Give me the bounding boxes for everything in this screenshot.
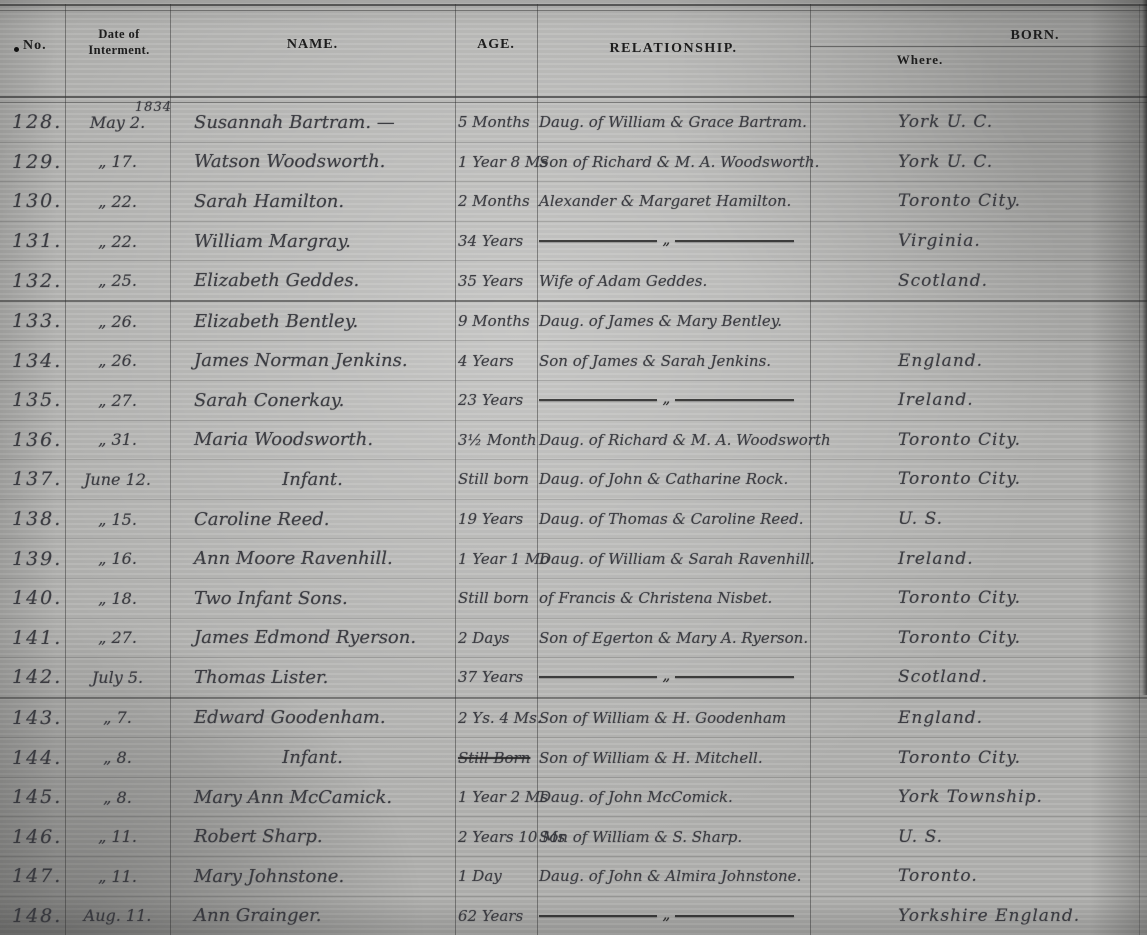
cell-interment-number: 131.: [0, 230, 65, 252]
column-subheader-where: Where.: [870, 52, 970, 68]
cell-relationship: Son of James & Sarah Jenkins.: [537, 352, 810, 370]
cell-interment-date: „ 27.: [65, 628, 170, 647]
cell-born-where: England.: [810, 351, 1147, 371]
cell-born-where: Toronto City.: [810, 588, 1147, 608]
cell-age: 62 Years: [455, 907, 537, 925]
table-row: 135. „ 27. Sarah Conerkay. 23 Years „ Ir…: [0, 381, 1147, 421]
table-row: 148. Aug. 11. Ann Grainger. 62 Years „ Y…: [0, 897, 1147, 935]
cell-name: Ann Grainger.: [170, 905, 455, 926]
cell-relationship: Daug. of John & Catharine Rock.: [537, 470, 810, 488]
cell-interment-date: „ 31.: [65, 430, 170, 449]
column-header-age: AGE.: [455, 37, 537, 53]
cell-interment-date: „ 26.: [65, 351, 170, 370]
ditto-mark: „: [657, 236, 675, 242]
cell-age: 1 Year 1 Mo: [455, 550, 537, 568]
table-row: 128. May 2.1834 Susannah Bartram. — 5 Mo…: [0, 103, 1147, 143]
cell-born-where: Toronto City.: [810, 191, 1147, 211]
cell-age: 1 Year 8 Ms: [455, 153, 537, 171]
cell-interment-date: „ 26.: [65, 312, 170, 331]
cell-age: 35 Years: [455, 272, 537, 290]
cell-born-where: Toronto City.: [810, 748, 1147, 768]
cell-name: Elizabeth Bentley.: [170, 311, 455, 332]
cell-relationship: „: [537, 399, 810, 401]
table-row: 133. „ 26. Elizabeth Bentley. 9 Months D…: [0, 302, 1147, 342]
cell-born-where: Ireland.: [810, 549, 1147, 569]
cell-interment-date: May 2.1834: [65, 113, 170, 132]
year-superscript: 1834: [135, 100, 172, 115]
table-row: 145. „ 8. Mary Ann McCamick. 1 Year 2 Ms…: [0, 778, 1147, 818]
cell-born-where: Toronto.: [810, 866, 1147, 886]
cell-born-where: U. S.: [810, 509, 1147, 529]
cell-born-where: England.: [810, 708, 1147, 728]
table-row: 130. „ 22. Sarah Hamilton. 2 Months Alex…: [0, 182, 1147, 222]
cell-name: Susannah Bartram. —: [170, 112, 455, 133]
cell-relationship: Daug. of James & Mary Bentley.: [537, 312, 810, 330]
cell-interment-number: 138.: [0, 508, 65, 530]
cell-relationship: Daug. of John & Almira Johnstone.: [537, 867, 810, 885]
column-header-no: No.: [14, 38, 47, 54]
ditto-dash-line: „: [539, 399, 794, 401]
cell-age: Still Born: [455, 749, 537, 767]
table-row: 138. „ 15. Caroline Reed. 19 Years Daug.…: [0, 500, 1147, 540]
cell-age: 23 Years: [455, 391, 537, 409]
table-row: 129. „ 17. Watson Woodsworth. 1 Year 8 M…: [0, 143, 1147, 183]
register-page: No. Date of Interment. NAME. AGE. RELATI…: [0, 0, 1147, 935]
cell-interment-number: 143.: [0, 707, 65, 729]
cell-born-where: Toronto City.: [810, 628, 1147, 648]
cell-age: 37 Years: [455, 668, 537, 686]
cell-age: 2 Months: [455, 192, 537, 210]
cell-interment-number: 140.: [0, 587, 65, 609]
cell-interment-date: „ 15.: [65, 510, 170, 529]
cell-relationship: Daug. of John McComick.: [537, 788, 810, 806]
cell-age: 2 Ys. 4 Ms.: [455, 709, 537, 727]
cell-age: 9 Months: [455, 312, 537, 330]
cell-interment-number: 141.: [0, 627, 65, 649]
cell-age: 3½ Month: [455, 431, 537, 449]
cell-interment-date: „ 7.: [65, 708, 170, 727]
ditto-mark: „: [657, 672, 675, 678]
cell-interment-date: „ 8.: [65, 788, 170, 807]
cell-interment-number: 134.: [0, 350, 65, 372]
ink-dot: [14, 47, 19, 52]
cell-relationship: Daug. of William & Grace Bartram.: [537, 113, 810, 131]
cell-relationship: Son of William & H. Goodenham: [537, 709, 810, 727]
table-row: 144. „ 8. Infant. Still Born Son of Will…: [0, 738, 1147, 778]
cell-born-where: U. S.: [810, 827, 1147, 847]
cell-interment-date: July 5.: [65, 668, 170, 687]
column-header-name: NAME.: [170, 37, 455, 53]
cell-interment-date: „ 17.: [65, 152, 170, 171]
cell-name: Ann Moore Ravenhill.: [170, 548, 455, 569]
cell-name: Sarah Hamilton.: [170, 191, 455, 212]
table-row: 134. „ 26. James Norman Jenkins. 4 Years…: [0, 341, 1147, 381]
cell-interment-date: Aug. 11.: [65, 906, 170, 925]
table-row: 136. „ 31. Maria Woodsworth. 3½ Month Da…: [0, 421, 1147, 461]
ditto-dash-line: „: [539, 240, 794, 242]
header-bottom-rule-heavy: [0, 96, 1147, 98]
cell-name: Robert Sharp.: [170, 826, 455, 847]
cell-interment-date: „ 25.: [65, 271, 170, 290]
table-row: 141. „ 27. James Edmond Ryerson. 2 Days …: [0, 619, 1147, 659]
cell-name: James Norman Jenkins.: [170, 350, 455, 371]
cell-interment-date: „ 8.: [65, 748, 170, 767]
cell-name: Watson Woodsworth.: [170, 151, 455, 172]
cell-interment-date: „ 11.: [65, 827, 170, 846]
cell-name: Maria Woodsworth.: [170, 429, 455, 450]
table-row: 140. „ 18. Two Infant Sons. Still born o…: [0, 579, 1147, 619]
cell-born-where: Toronto City.: [810, 469, 1147, 489]
cell-age: 1 Year 2 Ms: [455, 788, 537, 806]
cell-relationship: „: [537, 676, 810, 678]
cell-name: Elizabeth Geddes.: [170, 270, 455, 291]
cell-name: Infant.: [170, 747, 455, 768]
cell-interment-number: 135.: [0, 389, 65, 411]
cell-born-where: Yorkshire England.: [810, 906, 1147, 926]
cell-interment-date: „ 16.: [65, 549, 170, 568]
cell-interment-number: 145.: [0, 786, 65, 808]
cell-name: Two Infant Sons.: [170, 588, 455, 609]
cell-interment-date: „ 22.: [65, 192, 170, 211]
cell-age: Still born: [455, 589, 537, 607]
cell-name: Caroline Reed.: [170, 509, 455, 530]
cell-relationship: „: [537, 915, 810, 917]
cell-born-where: Scotland.: [810, 667, 1147, 687]
column-header-date-of-interment: Date of Interment.: [75, 27, 163, 58]
cell-born-where: York Township.: [810, 787, 1147, 807]
cell-name: William Margray.: [170, 231, 455, 252]
cell-relationship: Son of William & S. Sharp.: [537, 828, 810, 846]
cell-interment-number: 137.: [0, 468, 65, 490]
cell-age: 19 Years: [455, 510, 537, 528]
cell-interment-number: 148.: [0, 905, 65, 927]
column-header-relationship: RELATIONSHIP.: [537, 41, 810, 57]
ditto-dash-line: „: [539, 915, 794, 917]
table-row: 142. July 5. Thomas Lister. 37 Years „ S…: [0, 658, 1147, 699]
cell-age: 5 Months: [455, 113, 537, 131]
table-row: 132. „ 25. Elizabeth Geddes. 35 Years Wi…: [0, 261, 1147, 302]
ditto-dash-line: „: [539, 676, 794, 678]
cell-interment-number: 128.: [0, 111, 65, 133]
table-row: 143. „ 7. Edward Goodenham. 2 Ys. 4 Ms. …: [0, 699, 1147, 739]
cell-relationship: Wife of Adam Geddes.: [537, 272, 810, 290]
cell-name: James Edmond Ryerson.: [170, 627, 455, 648]
cell-name: Edward Goodenham.: [170, 707, 455, 728]
column-header-born: BORN.: [975, 28, 1095, 44]
cell-relationship: Son of Richard & M. A. Woodsworth.: [537, 153, 810, 171]
cell-interment-number: 139.: [0, 548, 65, 570]
cell-relationship: Daug. of William & Sarah Ravenhill.: [537, 550, 810, 568]
table-row: 147. „ 11. Mary Johnstone. 1 Day Daug. o…: [0, 857, 1147, 897]
cell-interment-number: 136.: [0, 429, 65, 451]
cell-relationship: „: [537, 240, 810, 242]
cell-interment-number: 133.: [0, 310, 65, 332]
cell-relationship: Son of William & H. Mitchell.: [537, 749, 810, 767]
cell-interment-date: „ 22.: [65, 232, 170, 251]
cell-age: Still born: [455, 470, 537, 488]
cell-born-where: Virginia.: [810, 231, 1147, 251]
cell-name: Infant.: [170, 469, 455, 490]
cell-name: Mary Ann McCamick.: [170, 787, 455, 808]
ditto-mark: „: [657, 395, 675, 401]
cell-interment-date: June 12.: [65, 470, 170, 489]
cell-interment-number: 132.: [0, 270, 65, 292]
cell-interment-number: 147.: [0, 865, 65, 887]
cell-born-where: Toronto City.: [810, 430, 1147, 450]
register-rows: 128. May 2.1834 Susannah Bartram. — 5 Mo…: [0, 103, 1147, 935]
cell-name: Sarah Conerkay.: [170, 390, 455, 411]
cell-interment-date: „ 18.: [65, 589, 170, 608]
cell-interment-number: 146.: [0, 826, 65, 848]
table-row: 137. June 12. Infant. Still born Daug. o…: [0, 460, 1147, 500]
cell-born-where: York U. C.: [810, 152, 1147, 172]
ditto-mark: „: [657, 911, 675, 917]
cell-age: 2 Years 10 Ms: [455, 828, 537, 846]
table-row: 146. „ 11. Robert Sharp. 2 Years 10 Ms S…: [0, 817, 1147, 857]
top-rule-heavy: [0, 4, 1147, 6]
cell-name: Thomas Lister.: [170, 667, 455, 688]
cell-born-where: Scotland.: [810, 271, 1147, 291]
born-where-divider-rule: [810, 46, 1147, 47]
cell-interment-number: 142.: [0, 666, 65, 688]
cell-interment-number: 129.: [0, 151, 65, 173]
top-rule-light: [0, 10, 1147, 11]
cell-relationship: Alexander & Margaret Hamilton.: [537, 192, 810, 210]
cell-interment-number: 130.: [0, 190, 65, 212]
cell-age: 34 Years: [455, 232, 537, 250]
cell-name: Mary Johnstone.: [170, 866, 455, 887]
cell-relationship: Son of Egerton & Mary A. Ryerson.: [537, 629, 810, 647]
cell-relationship: Daug. of Richard & M. A. Woodsworth: [537, 431, 810, 449]
cell-interment-date: „ 11.: [65, 867, 170, 886]
cell-age: 4 Years: [455, 352, 537, 370]
cell-relationship: of Francis & Christena Nisbet.: [537, 589, 810, 607]
table-row: 131. „ 22. William Margray. 34 Years „ V…: [0, 222, 1147, 262]
cell-interment-number: 144.: [0, 747, 65, 769]
cell-born-where: Ireland.: [810, 390, 1147, 410]
cell-age: 2 Days: [455, 629, 537, 647]
cell-relationship: Daug. of Thomas & Caroline Reed.: [537, 510, 810, 528]
cell-age: 1 Day: [455, 867, 537, 885]
cell-born-where: York U. C.: [810, 112, 1147, 132]
table-row: 139. „ 16. Ann Moore Ravenhill. 1 Year 1…: [0, 539, 1147, 579]
cell-interment-date: „ 27.: [65, 391, 170, 410]
